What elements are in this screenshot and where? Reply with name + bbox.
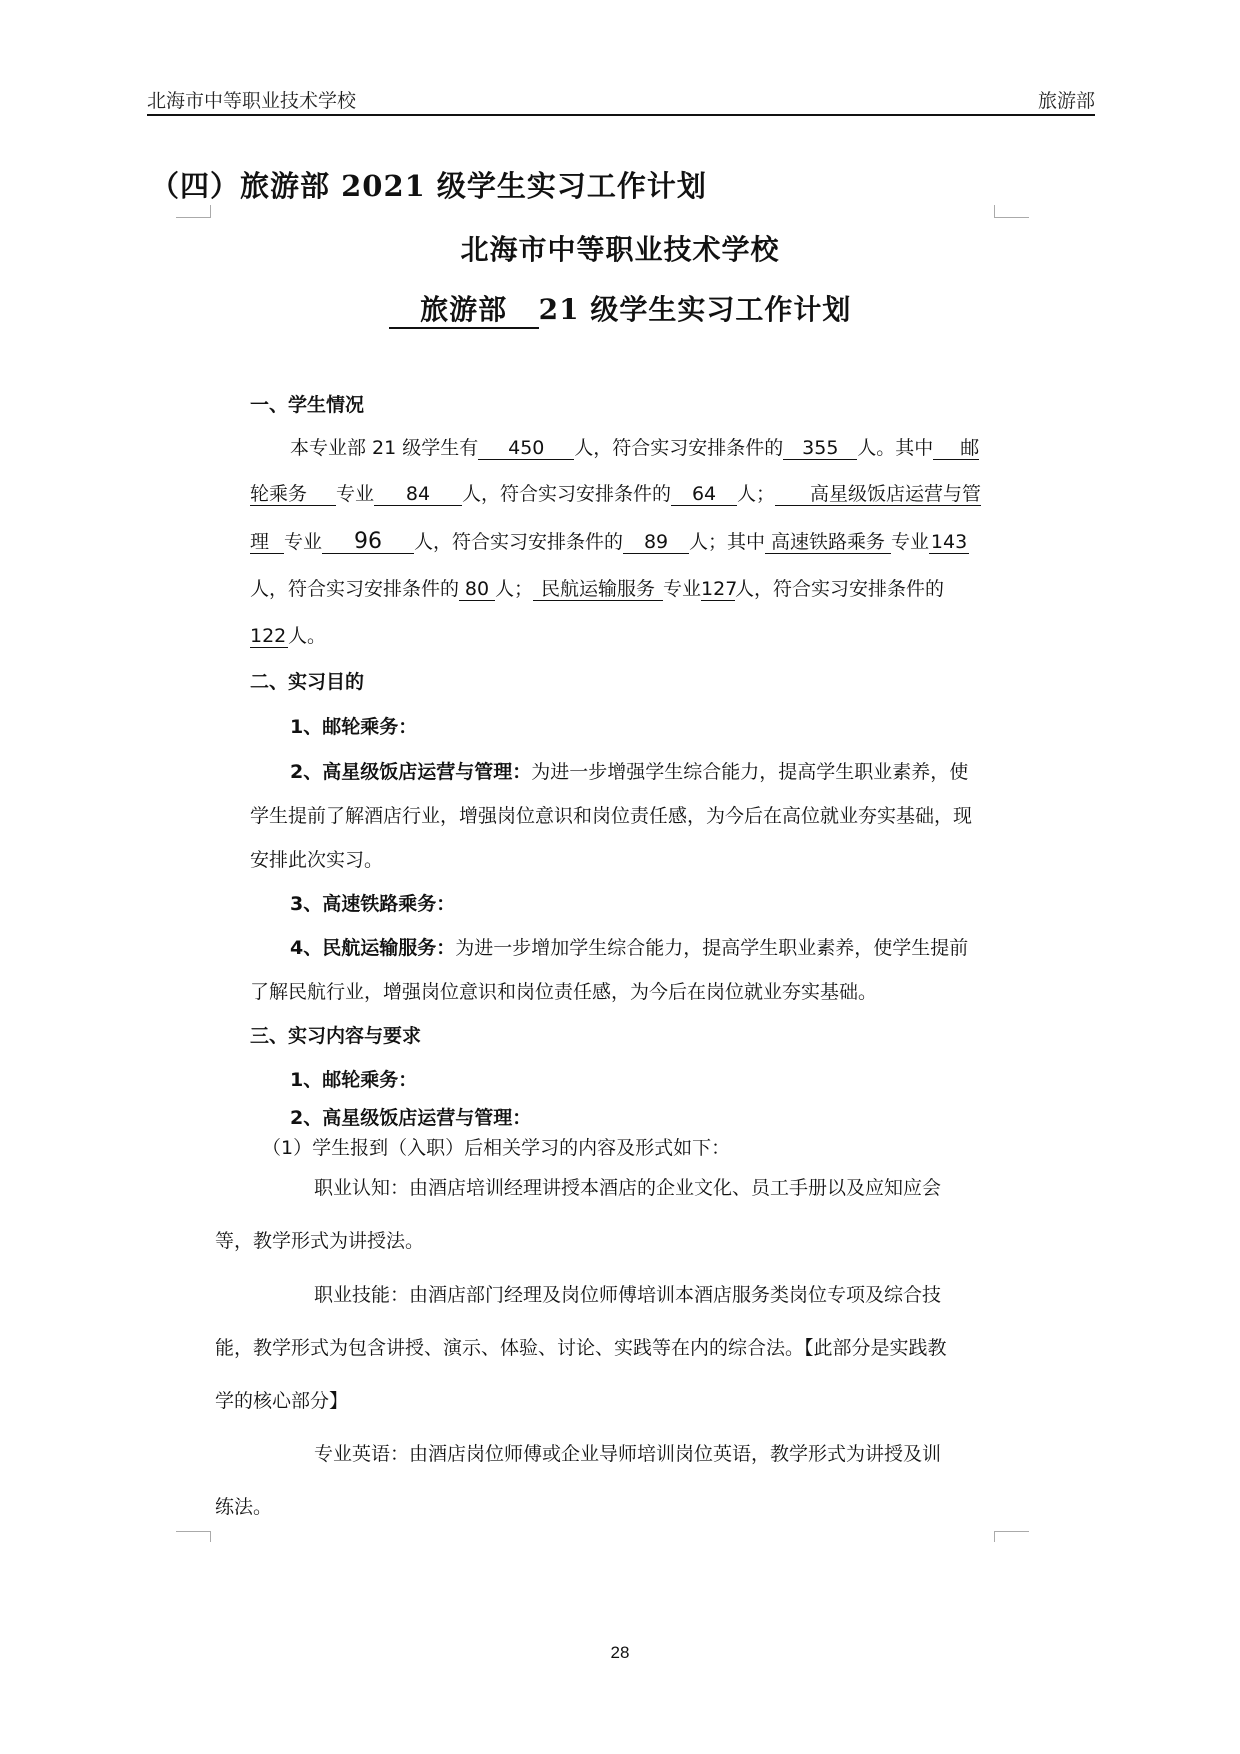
aviation-count: 127	[701, 578, 735, 601]
heading-internship-content: 三、实习内容与要求	[250, 1021, 421, 1048]
major-cruise-part: 邮	[933, 437, 979, 460]
hotel-count: 96	[322, 531, 414, 554]
heading-student-situation: 一、学生情况	[250, 390, 364, 417]
railway-eligible: 80	[459, 578, 495, 601]
paragraph-line: 了解民航行业，增强岗位意识和岗位责任感，为今后在岗位就业夯实基础。	[250, 977, 877, 1004]
paragraph-line: 人，符合实习安排条件的80人；民航运输服务专业127人，符合实习安排条件的	[250, 574, 944, 601]
hotel-eligible: 89	[623, 531, 689, 554]
content-item-cruise: 1、邮轮乘务：	[290, 1065, 417, 1092]
major-cruise-part: 轮乘务	[250, 483, 336, 506]
document-title-rest: 21 级学生实习工作计划	[539, 293, 852, 326]
crop-mark-top-right	[994, 205, 1029, 218]
purpose-item-hotel: 2、高星级饭店运营与管理：为进一步增强学生综合能力，提高学生职业素养，使	[290, 757, 968, 784]
total-eligible: 355	[783, 437, 857, 460]
crop-mark-bottom-left	[176, 1531, 211, 1542]
cruise-eligible: 64	[671, 483, 737, 506]
purpose-item-cruise: 1、邮轮乘务：	[290, 712, 417, 739]
content-sub-item: （1）学生报到（入职）后相关学习的内容及形式如下：	[262, 1133, 730, 1160]
paragraph-line: 学生提前了解酒店行业，增强岗位意识和岗位责任感，为今后在高位就业夯实基础，现	[250, 801, 972, 828]
cruise-count: 84	[374, 483, 462, 506]
document-title: 旅游部21 级学生实习工作计划	[0, 288, 1240, 329]
major-hotel-part: 高星级饭店运营与管	[775, 483, 981, 506]
purpose-item-aviation: 4、民航运输服务：为进一步增加学生综合能力，提高学生职业素养，使学生提前	[290, 933, 968, 960]
running-header-school: 北海市中等职业技术学校	[147, 86, 356, 113]
paragraph-line: 能，教学形式为包含讲授、演示、体验、讨论、实践等在内的综合法。【此部分是实践教	[215, 1333, 947, 1360]
heading-internship-purpose: 二、实习目的	[250, 667, 364, 694]
content-item-hotel: 2、高星级饭店运营与管理：	[290, 1103, 531, 1130]
section-title: （四）旅游部 2021 级学生实习工作计划	[150, 164, 707, 205]
occupational-cognition: 职业认知：由酒店培训经理讲授本酒店的企业文化、员工手册以及应知应会	[314, 1173, 941, 1200]
major-aviation: 民航运输服务	[533, 578, 663, 601]
paragraph-line: 轮乘务专业84人，符合实习安排条件的64人；高星级饭店运营与管	[250, 479, 981, 506]
major-railway: 高速铁路乘务	[765, 531, 891, 554]
total-students: 450	[478, 437, 574, 460]
paragraph-line: 等，教学形式为讲授法。	[215, 1226, 424, 1253]
paragraph-line: 122人。	[250, 621, 326, 648]
page-number: 28	[0, 1643, 1240, 1663]
header-rule	[147, 114, 1095, 116]
document-title-department: 旅游部	[389, 293, 539, 329]
occupational-skills: 职业技能：由酒店部门经理及岗位师傅培训本酒店服务类岗位专项及综合技	[314, 1280, 941, 1307]
paragraph-line: 练法。	[215, 1492, 272, 1519]
document-school-name: 北海市中等职业技术学校	[0, 228, 1240, 268]
aviation-eligible: 122	[250, 625, 288, 648]
crop-mark-bottom-right	[994, 1531, 1029, 1542]
paragraph-line: 学的核心部分】	[215, 1386, 348, 1413]
crop-mark-top-left	[176, 205, 211, 218]
paragraph-line: 本专业部 21 级学生有450人，符合实习安排条件的355人。其中邮	[290, 433, 979, 460]
major-hotel-part: 理	[250, 531, 284, 554]
paragraph-line: 理专业96人，符合实习安排条件的89人；其中高速铁路乘务专业143	[250, 527, 969, 554]
professional-english: 专业英语：由酒店岗位师傅或企业导师培训岗位英语，教学形式为讲授及训	[314, 1439, 941, 1466]
purpose-item-railway: 3、高速铁路乘务：	[290, 889, 455, 916]
running-header-department: 旅游部	[1038, 86, 1095, 113]
paragraph-line: 安排此次实习。	[250, 845, 383, 872]
railway-count: 143	[929, 531, 969, 554]
